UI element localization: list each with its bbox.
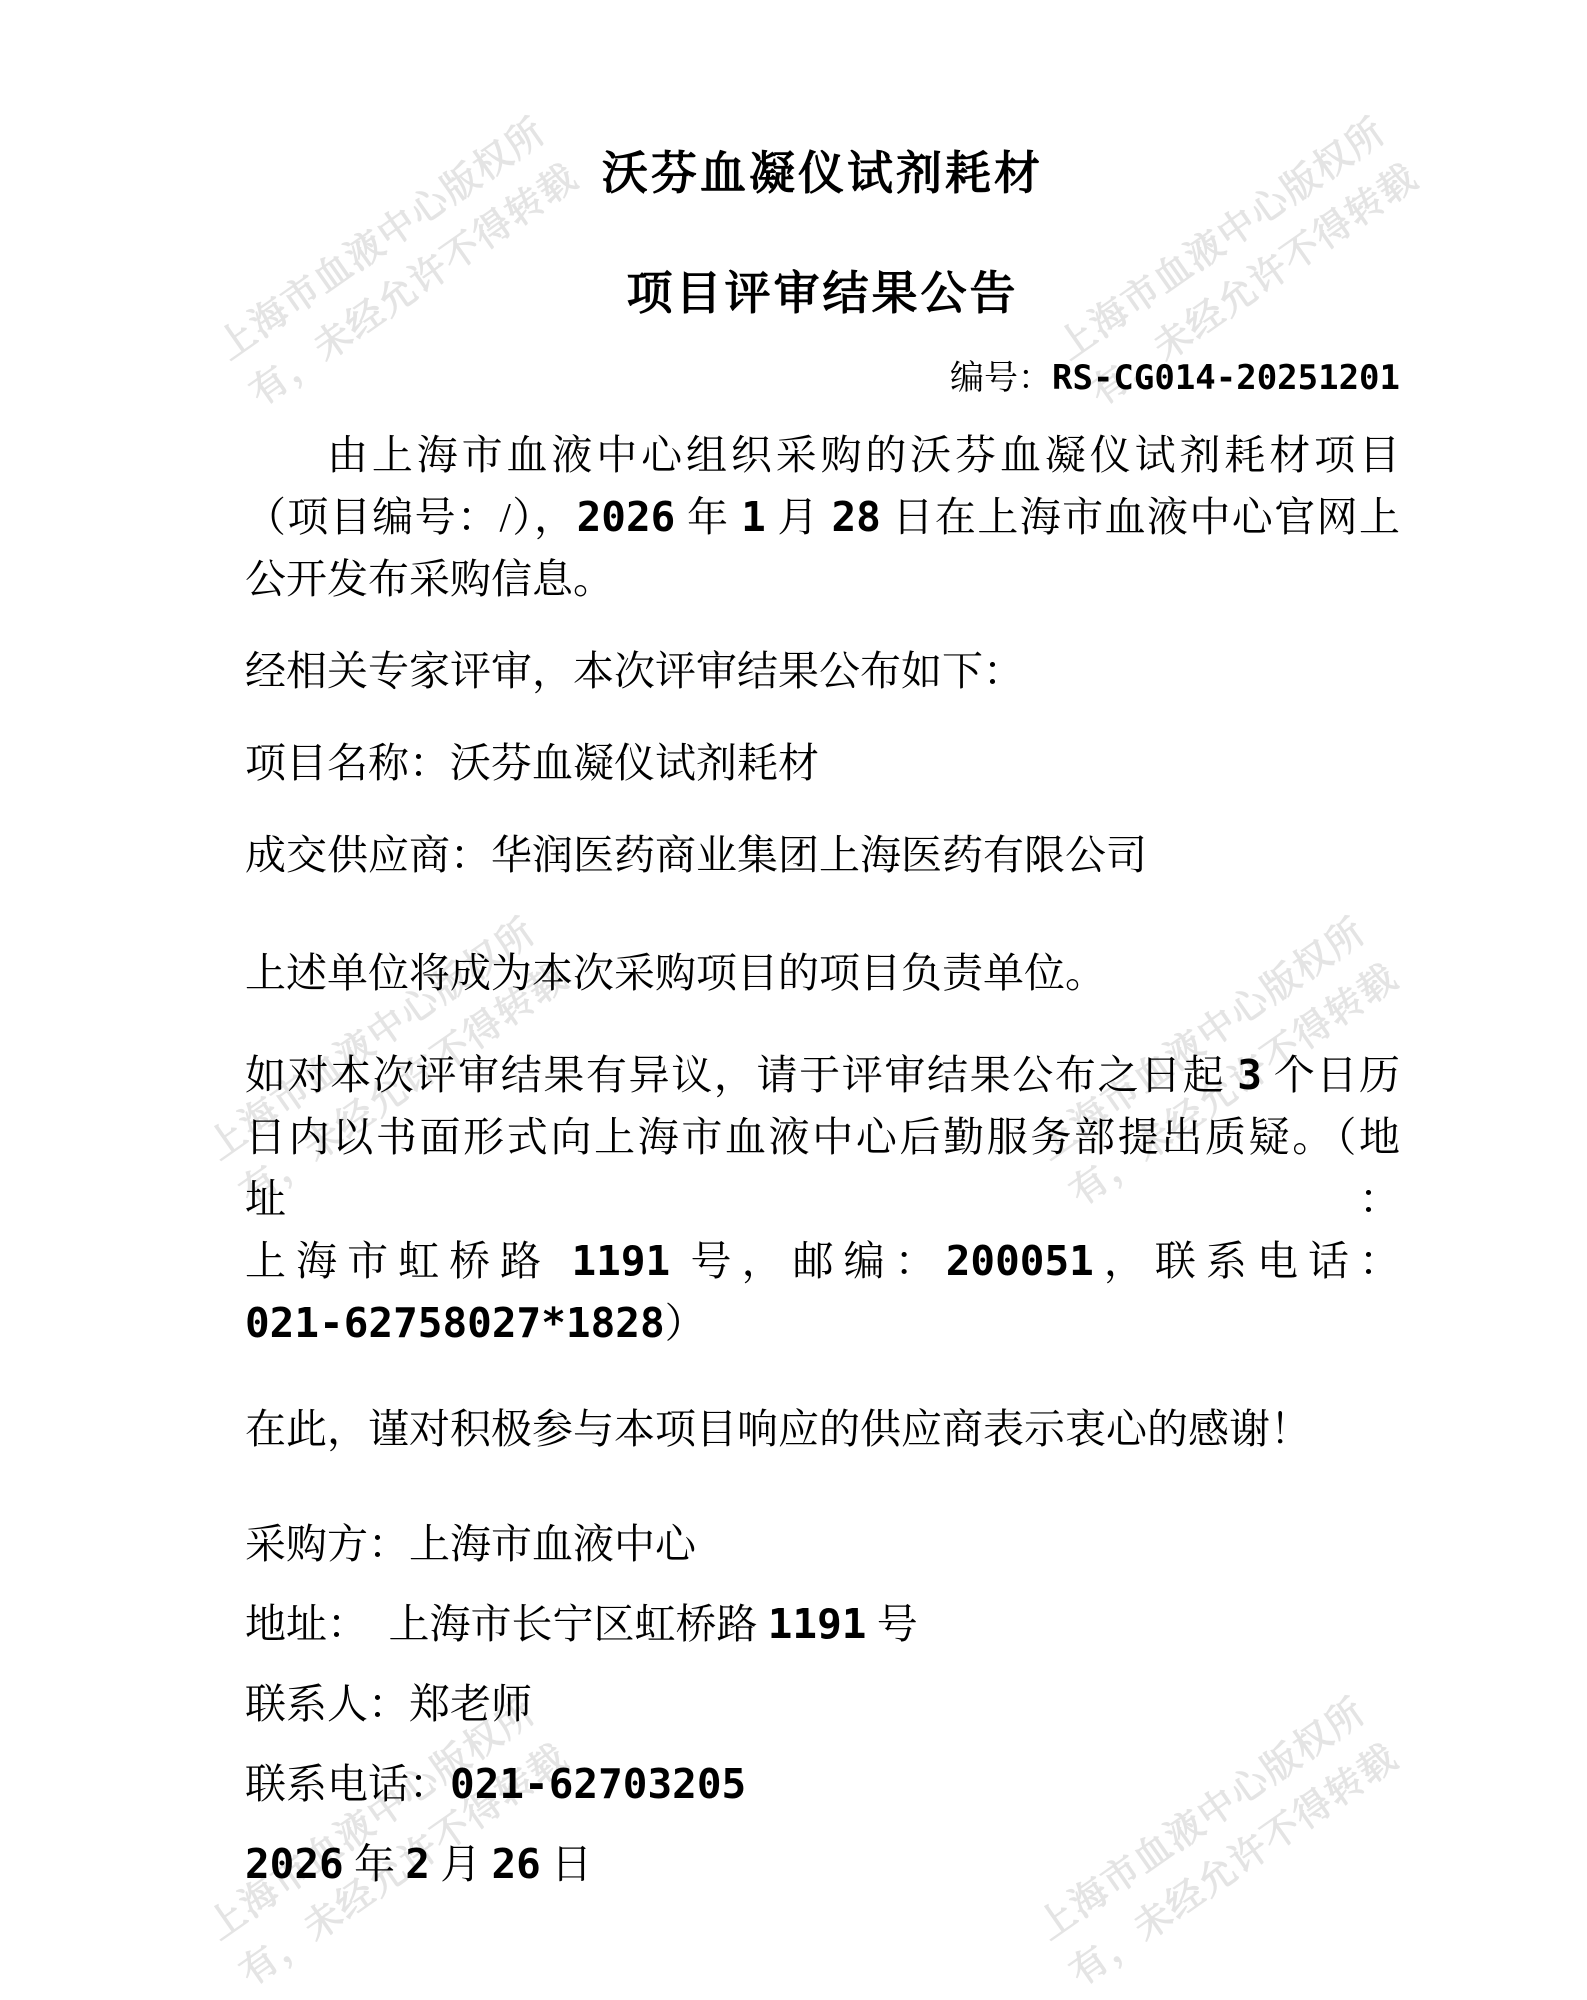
buyer-label: 采购方： <box>245 1521 409 1567</box>
paragraph-objection: 如对本次评审结果有异议，请于评审结果公布之日起 3 个日历 日内以书面形式向上海… <box>245 1044 1400 1354</box>
intro-text: 日在上海市血液中心官网上 <box>881 494 1400 540</box>
review-text: 经相关专家评审，本次评审结果公布如下： <box>245 648 1024 694</box>
objection-zip-code: 200051 <box>946 1237 1094 1285</box>
objection-days: 3 <box>1237 1051 1262 1099</box>
date-day: 26 <box>491 1840 540 1888</box>
intro-text: （项目编号：/）， <box>245 494 577 540</box>
objection-line-4: 021-62758027*1828） <box>245 1292 1400 1354</box>
doc-number-value: RS-CG014-20251201 <box>1052 358 1400 398</box>
doc-number-line: 编号：RS-CG014-20251201 <box>245 355 1400 402</box>
objection-text: 日内以书面形式向上海市血液中心后勤服务部提出质疑。（地址： <box>245 1114 1400 1222</box>
phone-value: 021-62703205 <box>450 1760 746 1808</box>
phone-line: 联系电话：021-62703205 <box>245 1744 1400 1824</box>
paragraph-unit: 上述单位将成为本次采购项目的项目负责单位。 <box>245 942 1400 1004</box>
date-year: 2026 <box>245 1840 344 1888</box>
unit-text: 上述单位将成为本次采购项目的项目负责单位。 <box>245 950 1106 996</box>
address-street-number: 1191 <box>768 1600 867 1648</box>
address-label: 地址： <box>245 1601 348 1647</box>
project-name-label: 项目名称： <box>245 740 450 786</box>
thanks-line: 在此，谨对积极参与本项目响应的供应商表示衷心的感谢！ <box>245 1398 1400 1460</box>
date-month: 2 <box>405 1840 430 1888</box>
footer-block: 采购方：上海市血液中心 地址： 上海市长宁区虹桥路 1191 号 联系人：郑老师… <box>245 1504 1400 1904</box>
address-line: 地址： 上海市长宁区虹桥路 1191 号 <box>245 1584 1400 1664</box>
date-line: 2026 年 2 月 26 日 <box>245 1824 1400 1904</box>
intro-text: 公开发布采购信息。 <box>245 556 614 602</box>
intro-text: 月 <box>766 494 832 540</box>
supplier-label: 成交供应商： <box>245 832 491 878</box>
date-month-unit: 月 <box>430 1841 492 1887</box>
paragraph-supplier: 成交供应商：华润医药商业集团上海医药有限公司 <box>245 824 1400 886</box>
project-name-line: 项目名称：沃芬血凝仪试剂耗材 <box>245 732 1400 794</box>
contact-value: 郑老师 <box>409 1681 532 1727</box>
objection-phone: 021-62758027*1828 <box>245 1299 665 1347</box>
paragraph-intro-line-3: 公开发布采购信息。 <box>245 548 1400 610</box>
objection-address: 上海市虹桥路 <box>245 1238 572 1284</box>
objection-text: 如对本次评审结果有异议，请于评审结果公布之日起 <box>245 1052 1237 1098</box>
supplier-value: 华润医药商业集团上海医药有限公司 <box>491 832 1147 878</box>
phone-label: 联系电话： <box>245 1761 450 1807</box>
document-title-line-1: 沃芬血凝仪试剂耗材 <box>245 145 1400 201</box>
contact-line: 联系人：郑老师 <box>245 1664 1400 1744</box>
publish-year: 2026 <box>577 493 676 541</box>
objection-text: 号，邮编： <box>670 1238 945 1284</box>
date-day-unit: 日 <box>541 1841 592 1887</box>
intro-text: 年 <box>675 494 741 540</box>
publish-month: 1 <box>741 493 766 541</box>
paragraph-project-name: 项目名称：沃芬血凝仪试剂耗材 <box>245 732 1400 794</box>
date-year-unit: 年 <box>344 1841 406 1887</box>
paragraph-review: 经相关专家评审，本次评审结果公布如下： <box>245 640 1400 702</box>
objection-street-number: 1191 <box>572 1237 671 1285</box>
paragraph-thanks: 在此，谨对积极参与本项目响应的供应商表示衷心的感谢！ <box>245 1398 1400 1460</box>
publish-day: 28 <box>831 493 880 541</box>
document-title-line-2: 项目评审结果公告 <box>245 265 1400 321</box>
objection-text: ） <box>665 1300 706 1346</box>
buyer-value: 上海市血液中心 <box>409 1521 696 1567</box>
thanks-text: 在此，谨对积极参与本项目响应的供应商表示衷心的感谢！ <box>245 1406 1311 1452</box>
doc-number-label: 编号： <box>950 360 1052 397</box>
paragraph-intro-line-1: 由上海市血液中心组织采购的沃芬血凝仪试剂耗材项目 <box>245 424 1400 486</box>
paragraph-review-line: 经相关专家评审，本次评审结果公布如下： <box>245 640 1400 702</box>
unit-line: 上述单位将成为本次采购项目的项目负责单位。 <box>245 942 1400 1004</box>
announcement-page: 上海市血液中心版权所 有，未经允许不得转载 上海市血液中心版权所 有，未经允许不… <box>0 0 1587 2000</box>
objection-line-3: 上海市虹桥路 1191 号，邮编：200051，联系电话： <box>245 1230 1400 1292</box>
supplier-line: 成交供应商：华润医药商业集团上海医药有限公司 <box>245 824 1400 886</box>
paragraph-intro-line-2: （项目编号：/），2026 年 1 月 28 日在上海市血液中心官网上 <box>245 486 1400 548</box>
objection-line-1: 如对本次评审结果有异议，请于评审结果公布之日起 3 个日历 <box>245 1044 1400 1106</box>
objection-text: ，联系电话： <box>1094 1238 1400 1284</box>
intro-text: 由上海市血液中心组织采购的沃芬血凝仪试剂耗材项目 <box>327 432 1400 478</box>
objection-text: 个日历 <box>1262 1052 1400 1098</box>
document-body: 沃芬血凝仪试剂耗材 项目评审结果公告 编号：RS-CG014-20251201 … <box>0 0 1587 1904</box>
address-value: 上海市长宁区虹桥路 <box>348 1601 768 1647</box>
contact-label: 联系人： <box>245 1681 409 1727</box>
address-value-suffix: 号 <box>867 1601 918 1647</box>
paragraph-intro: 由上海市血液中心组织采购的沃芬血凝仪试剂耗材项目 （项目编号：/），2026 年… <box>245 424 1400 610</box>
buyer-line: 采购方：上海市血液中心 <box>245 1504 1400 1584</box>
objection-line-2: 日内以书面形式向上海市血液中心后勤服务部提出质疑。（地址： <box>245 1106 1400 1230</box>
project-name-value: 沃芬血凝仪试剂耗材 <box>450 740 819 786</box>
